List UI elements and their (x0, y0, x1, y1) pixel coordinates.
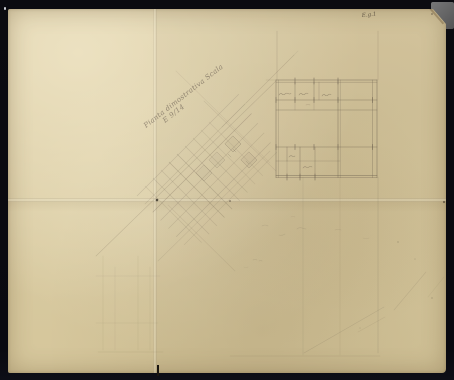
column-ticks (276, 78, 373, 180)
hatched-cells (196, 136, 257, 181)
dust-speck (4, 7, 6, 10)
faint-outline-sketch (96, 256, 163, 352)
pencil-drawing: Pianta dimostrativa Scala E 9/14 E.g.1 (8, 9, 446, 373)
bottom-edge-tick (157, 365, 159, 376)
bottom-diagonals (304, 272, 444, 353)
handwritten-note-line1: Pianta dimostrativa Scala (142, 63, 225, 131)
scanned-drawing-page: Pianta dimostrativa Scala E 9/14 E.g.1 (0, 0, 454, 380)
floor-plan (276, 80, 377, 178)
pencil-smudges (244, 217, 433, 329)
paper-sheet: Pianta dimostrativa Scala E 9/14 E.g.1 (8, 9, 446, 373)
corner-archive-mark: E.g.1 (361, 12, 377, 20)
handwritten-note: Pianta dimostrativa Scala E 9/14 (142, 63, 225, 131)
